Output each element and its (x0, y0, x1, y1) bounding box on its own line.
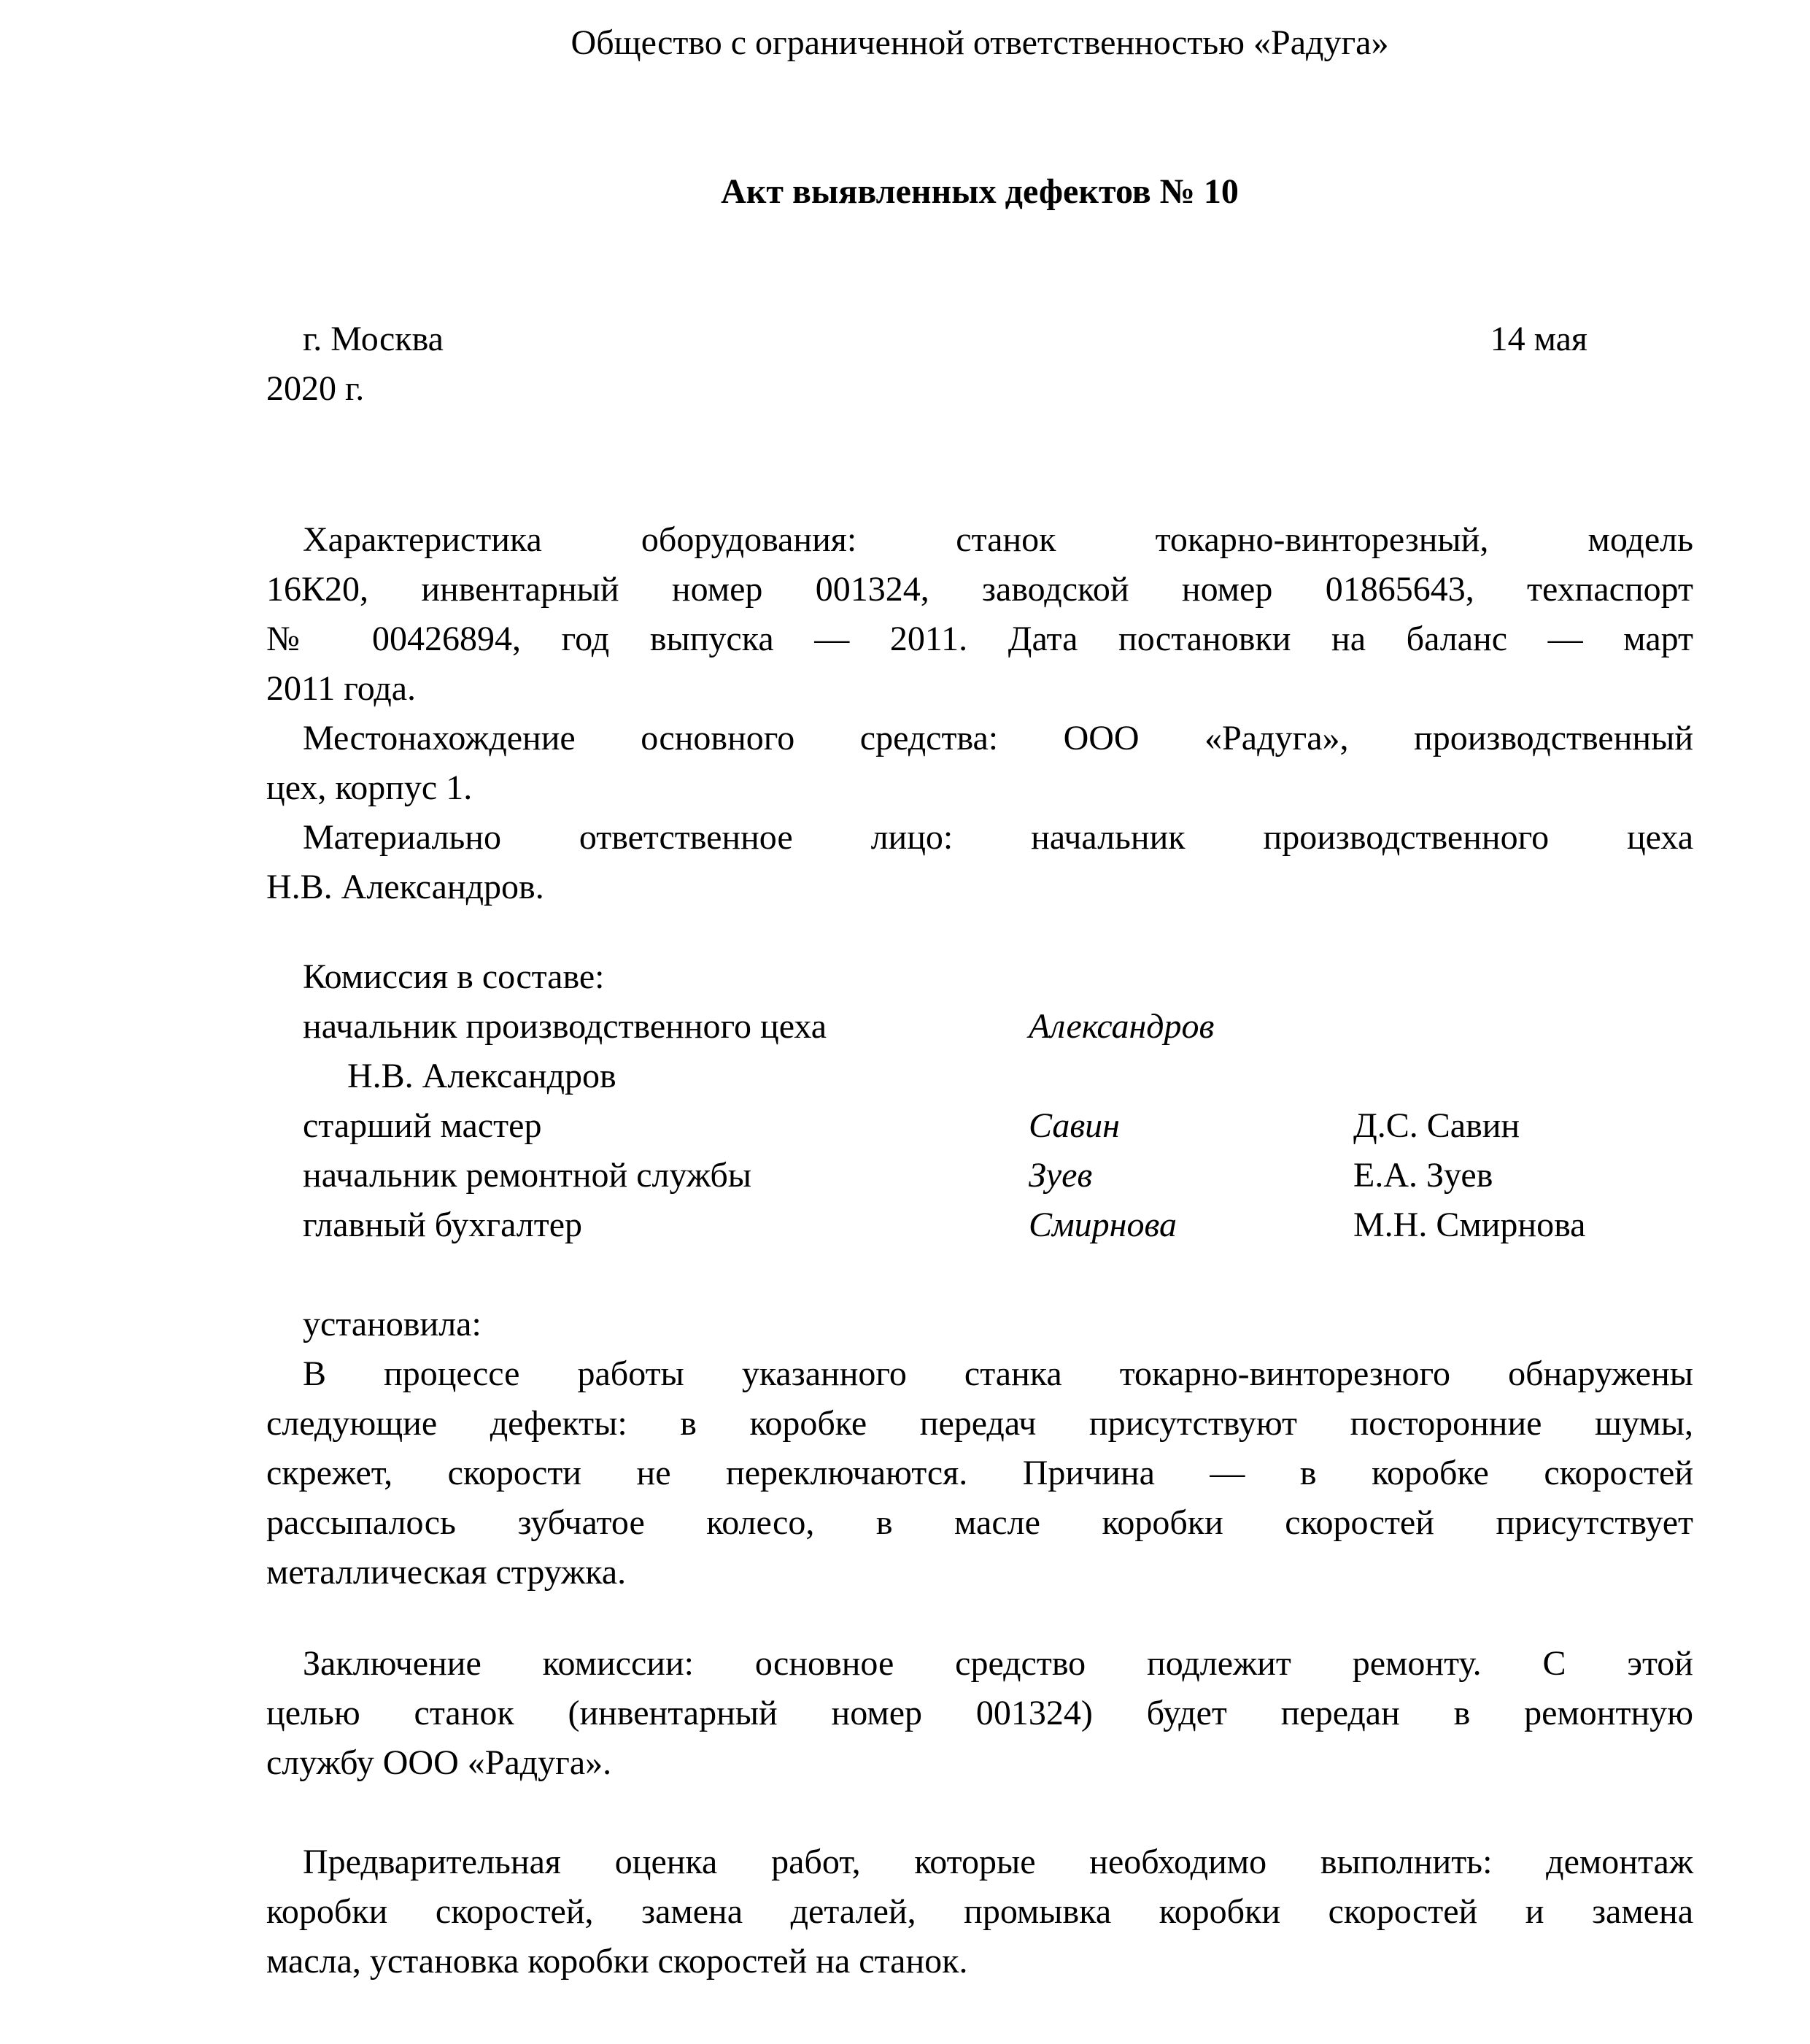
text-line: 2011 года. (266, 664, 1693, 714)
paragraph-location: Местонахождение основного средства: ООО … (266, 714, 1693, 813)
text-line: В процессе работы указанного станка тока… (266, 1349, 1693, 1399)
text-line: скрежет, скорости не переключаются. Прич… (266, 1449, 1693, 1498)
commission-role: начальник ремонтной службы (303, 1156, 751, 1195)
text-line: рассыпалось зубчатое колесо, в масле кор… (266, 1498, 1693, 1548)
commission-role: главный бухгалтер (303, 1206, 582, 1244)
commission-role: начальник производственного цеха (303, 1007, 827, 1046)
text-line: Местонахождение основного средства: ООО … (266, 714, 1693, 763)
text-line: металлическая стружка. (266, 1548, 1693, 1597)
commission-signature: Смирнова (1029, 1200, 1177, 1250)
dateline: г. Москва 14 мая (266, 315, 1693, 364)
commission-role: старший мастер (303, 1106, 541, 1145)
commission-row: начальник производственного цеха Алексан… (266, 1002, 1693, 1052)
text-line: масла, установка коробки скоростей на ст… (266, 1937, 1693, 1986)
text-line: коробки скоростей, замена деталей, промы… (266, 1887, 1693, 1937)
commission-row: начальник ремонтной службы Зуев Е.А. Зуе… (266, 1151, 1693, 1200)
text-line: № 00426894, год выпуска — 2011. Дата пос… (266, 614, 1693, 664)
text-line: Заключение комиссии: основное средство п… (266, 1639, 1693, 1689)
text-line: службу ООО «Радуга». (266, 1738, 1693, 1788)
commission-member-name: М.Н. Смирнова (1353, 1200, 1585, 1250)
paragraph-defects: В процессе работы указанного станка тока… (266, 1349, 1693, 1597)
commission-signature: Александров (1029, 1002, 1214, 1052)
commission-member-name: Е.А. Зуев (1353, 1151, 1493, 1200)
commission-row: старший мастер Савин Д.С. Савин (266, 1101, 1693, 1151)
dateline-date: 14 мая (1490, 315, 1587, 364)
commission-member-name: Д.С. Савин (1353, 1101, 1520, 1151)
text-line: Материально ответственное лицо: начальни… (266, 813, 1693, 863)
document-page: Общество с ограниченной ответственностью… (0, 0, 1810, 2044)
dateline-year: 2020 г. (266, 364, 1693, 414)
commission-verdict: установила: (266, 1300, 1693, 1349)
text-line: Предварительная оценка работ, которые не… (266, 1837, 1693, 1887)
commission-heading: Комиссия в составе: (266, 952, 1693, 1002)
commission-row-name-wrap: Н.В. Александров (266, 1052, 1693, 1101)
text-line: Н.В. Александров. (266, 863, 1693, 912)
text-line: целью станок (инвентарный номер 001324) … (266, 1689, 1693, 1738)
commission-signature: Зуев (1029, 1151, 1092, 1200)
commission-member-name: Н.В. Александров (347, 1057, 616, 1095)
text-line: 16К20, инвентарный номер 001324, заводск… (266, 565, 1693, 614)
text-line: цех, корпус 1. (266, 763, 1693, 813)
commission-signature: Савин (1029, 1101, 1120, 1151)
text-line: следующие дефекты: в коробке передач при… (266, 1399, 1693, 1449)
paragraph-conclusion: Заключение комиссии: основное средство п… (266, 1639, 1693, 1788)
paragraph-responsible-person: Материально ответственное лицо: начальни… (266, 813, 1693, 912)
commission-list: начальник производственного цеха Алексан… (266, 1002, 1693, 1250)
dateline-city: г. Москва (303, 315, 444, 364)
org-name: Общество с ограниченной ответственностью… (266, 18, 1693, 68)
paragraph-equipment: Характеристика оборудования: станок тока… (266, 515, 1693, 714)
document-title: Акт выявленных дефектов № 10 (266, 167, 1693, 217)
text-line: Характеристика оборудования: станок тока… (266, 515, 1693, 565)
paragraph-estimate: Предварительная оценка работ, которые не… (266, 1837, 1693, 1986)
commission-row: главный бухгалтер Смирнова М.Н. Смирнова (266, 1200, 1693, 1250)
